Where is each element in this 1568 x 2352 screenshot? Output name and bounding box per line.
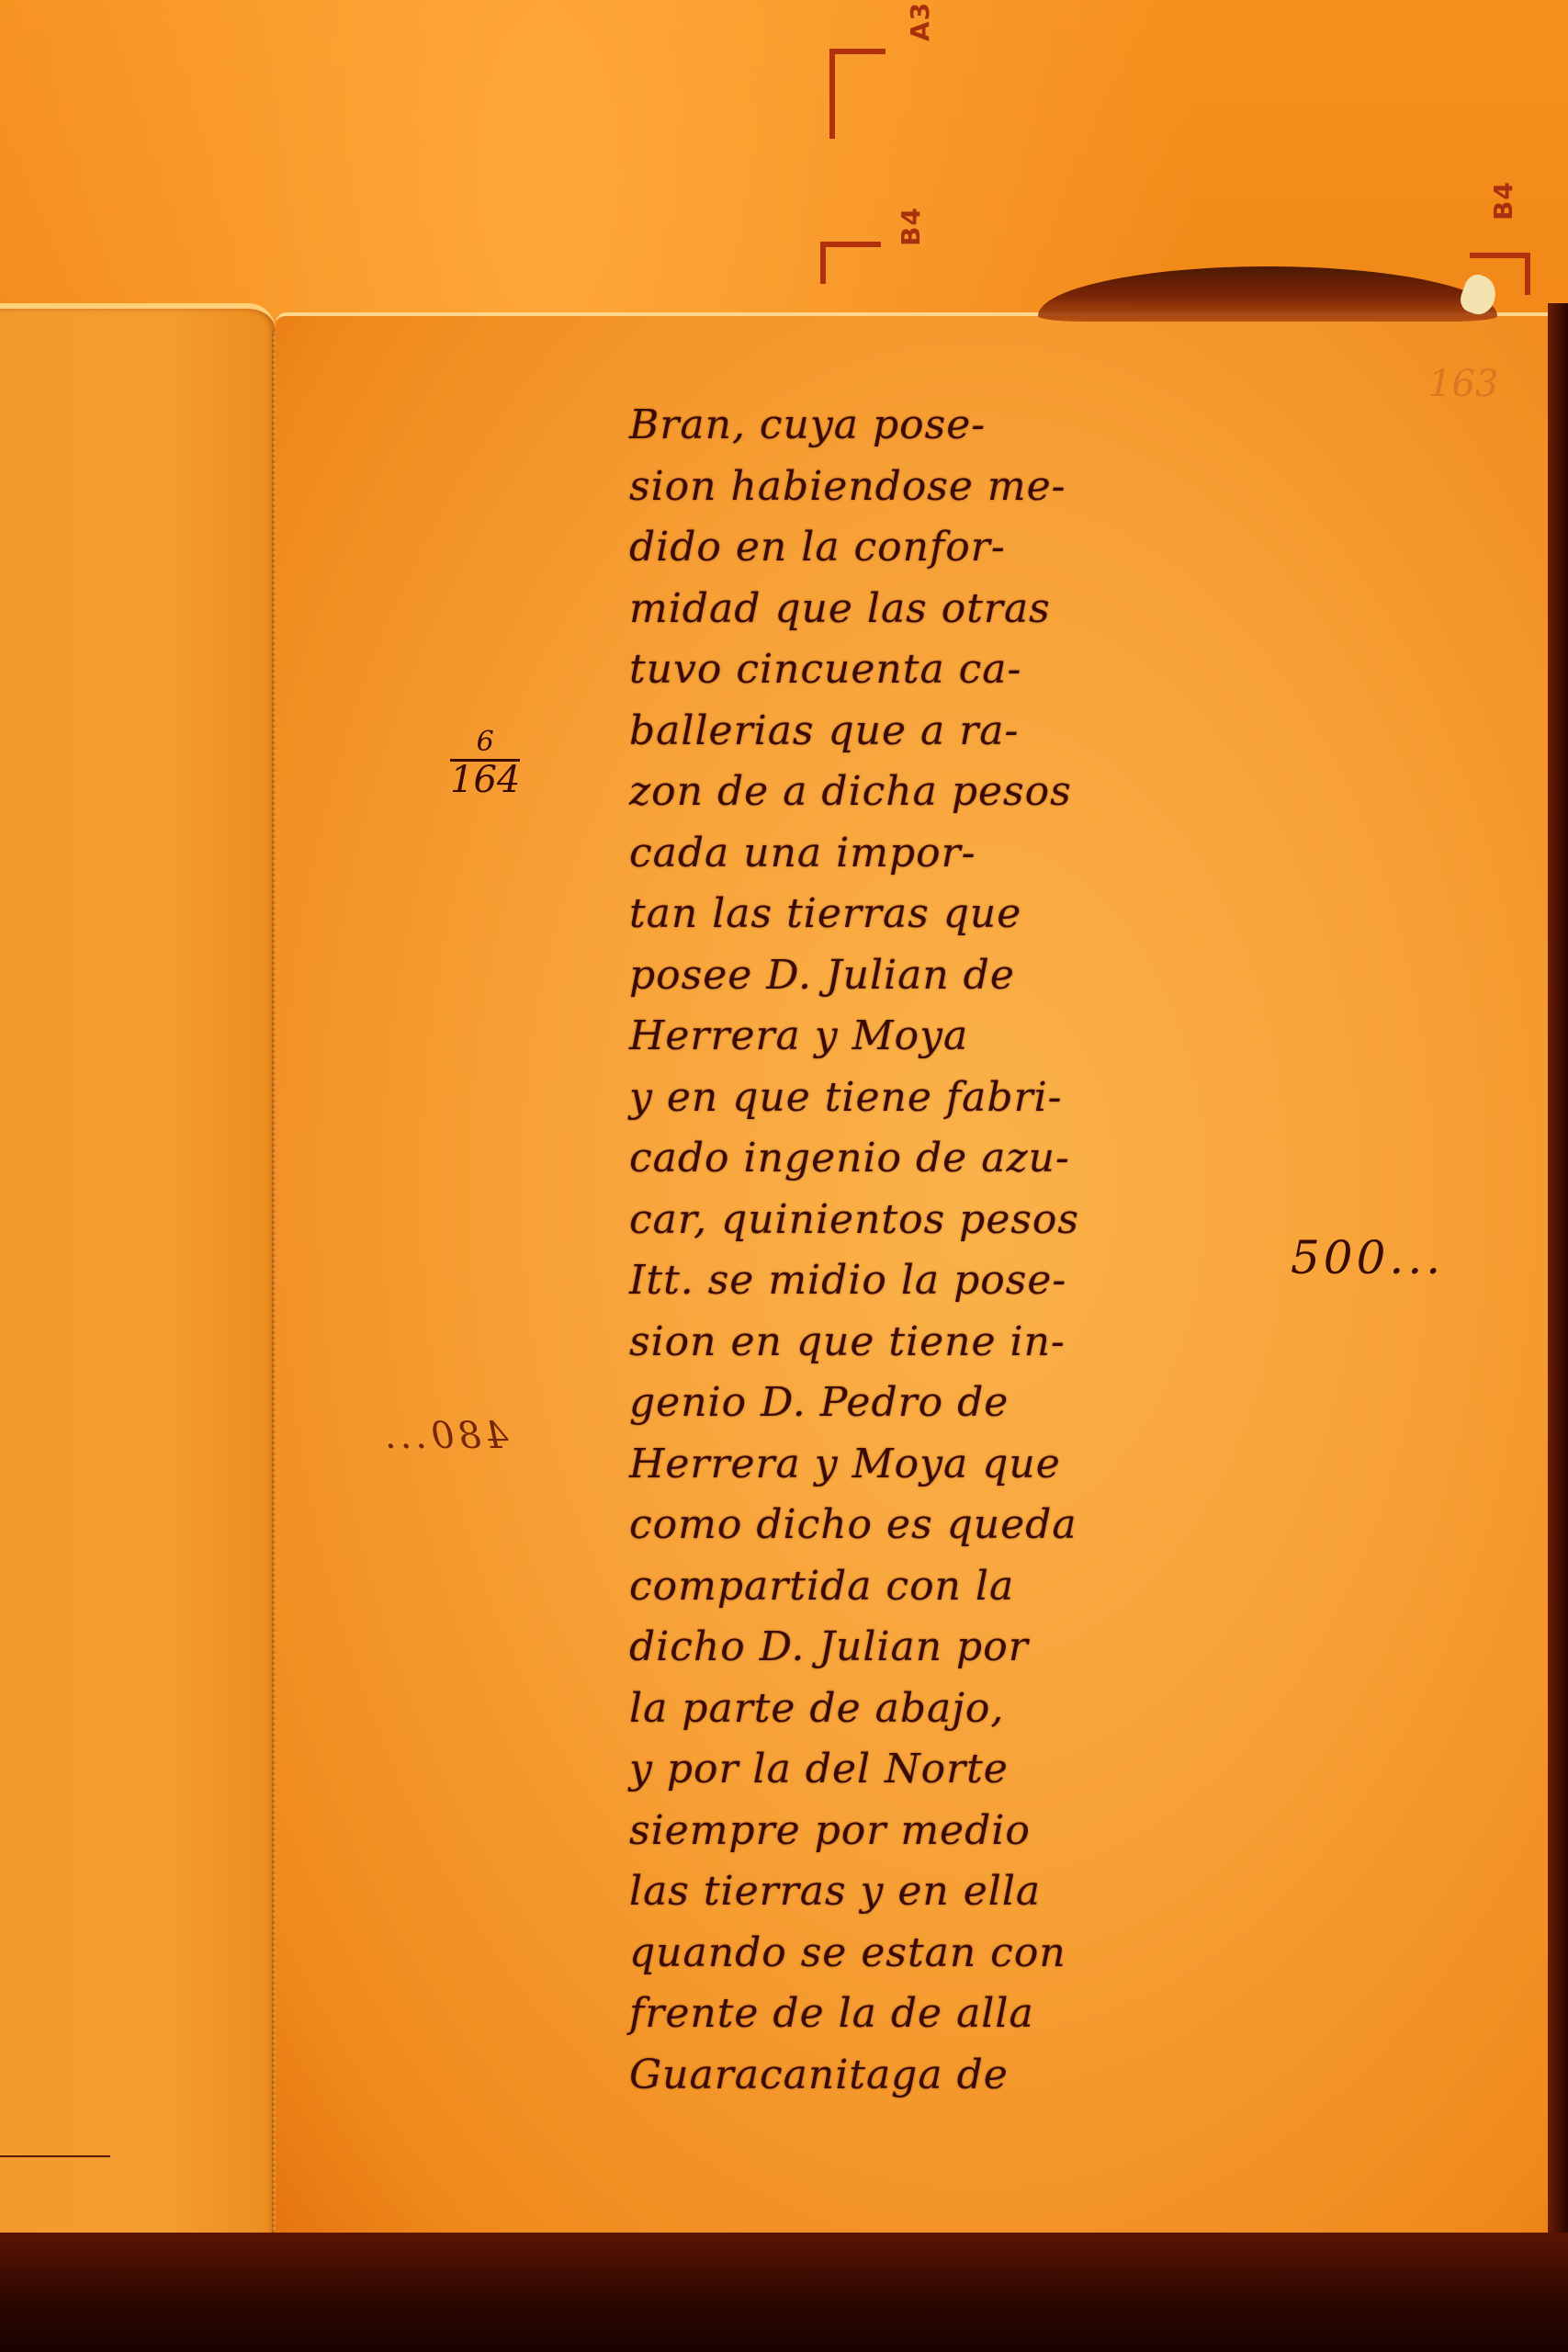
text-line: posee D. Julian de xyxy=(629,945,1235,1007)
text-line: siempre por medio xyxy=(629,1801,1235,1862)
right-edge-shadow xyxy=(1548,303,1568,2352)
text-line: Guaracanitaga de xyxy=(629,2045,1235,2107)
text-line: frente de la de alla xyxy=(629,1984,1235,2045)
handwritten-text: Bran, cuya pose- sion habiendose me- did… xyxy=(629,395,1235,2106)
bleed-through-amount: 480... xyxy=(381,1415,509,1457)
text-line: quando se estan con xyxy=(629,1923,1235,1984)
crop-label-a3: A3 xyxy=(905,2,935,41)
folio-numerator: 6 xyxy=(450,726,520,759)
text-line: dido en la confor- xyxy=(629,517,1235,579)
folio-note: 6 164 xyxy=(450,726,520,797)
text-line: tuvo cincuenta ca- xyxy=(629,639,1235,701)
crop-label-b4-right: B4 xyxy=(1488,181,1518,220)
bottom-shadow xyxy=(0,2233,1568,2352)
text-line: Herrera y Moya que xyxy=(629,1434,1235,1496)
text-line: genio D. Pedro de xyxy=(629,1373,1235,1434)
text-line: car, quinientos pesos xyxy=(629,1190,1235,1251)
page-number: 163 xyxy=(1428,363,1498,405)
text-line: dicho D. Julian por xyxy=(629,1617,1235,1679)
text-line: compartida con la xyxy=(629,1556,1235,1618)
text-line: ballerias que a ra- xyxy=(629,701,1235,763)
text-line: Bran, cuya pose- xyxy=(629,395,1235,457)
text-line: sion habiendose me- xyxy=(629,457,1235,518)
text-line: como dicho es queda xyxy=(629,1495,1235,1556)
crop-label-b4-center: B4 xyxy=(896,207,926,246)
text-line: tan las tierras que xyxy=(629,884,1235,945)
left-page-rule xyxy=(0,2155,110,2157)
text-line: y en que tiene fabri- xyxy=(629,1068,1235,1129)
margin-amount: 500... xyxy=(1291,1231,1444,1284)
text-line: cada una impor- xyxy=(629,823,1235,885)
crop-mark-a3 xyxy=(829,49,886,139)
folio-denominator: 164 xyxy=(450,759,520,797)
text-line: la parte de abajo, xyxy=(629,1679,1235,1740)
crop-mark-b4-center xyxy=(820,242,881,284)
text-line: Itt. se midio la pose- xyxy=(629,1250,1235,1312)
text-line: midad que las otras xyxy=(629,579,1235,640)
text-line: las tierras y en ella xyxy=(629,1861,1235,1923)
left-page xyxy=(0,303,276,2256)
text-line: sion en que tiene in- xyxy=(629,1312,1235,1374)
text-line: y por la del Norte xyxy=(629,1739,1235,1801)
text-line: cado ingenio de azu- xyxy=(629,1128,1235,1190)
text-line: zon de a dicha pesos xyxy=(629,762,1235,823)
text-line: Herrera y Moya xyxy=(629,1006,1235,1068)
